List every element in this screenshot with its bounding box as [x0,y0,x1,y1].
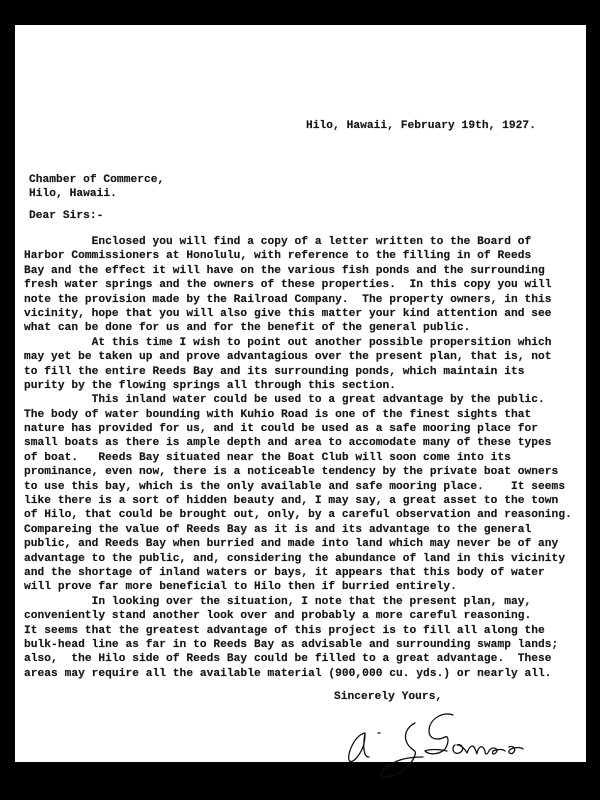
body-line: and the shortage of inland waters or bay… [24,566,572,580]
body-line: prominance, even now, there is a noticea… [24,465,572,479]
body-line: of Hilo, that could be brought out, only… [24,508,572,522]
body-line: Compareing the value of Reeds Bay as it … [24,523,572,537]
body-line: like there is a sort of hidden beauty an… [24,494,572,508]
body-line: purity by the flowing springs all throug… [24,379,572,393]
body-line: small boats as there is ample depth and … [24,436,572,450]
salutation: Dear Sirs:- [29,209,103,223]
recipient-line-2: Hilo, Hawaii. [29,188,117,200]
handwritten-signature: A. J. Gomes [325,705,555,780]
body-line: bulk-head line as far in to Reeds Bay as… [24,638,572,652]
body-line: to use this bay, which is the only avail… [24,480,572,494]
body-line: fresh water springs and the owners of th… [24,278,572,292]
body-line: public, and Reeds Bay when burried and m… [24,537,572,551]
body-line: This inland water could be used to a gre… [24,393,572,407]
body-line: note the provision made by the Railroad … [24,293,572,307]
body-line: At this time I wish to point out another… [24,336,572,350]
letter-page: Hilo, Hawaii, February 19th, 1927. Chamb… [15,25,586,762]
letter-body: Enclosed you will find a copy of a lette… [24,235,572,681]
body-line: In looking over the situation, I note th… [24,595,572,609]
closing: Sincerely Yours, [334,690,442,704]
body-line: may yet be taken up and prove advantagio… [24,350,572,364]
body-line: Enclosed you will find a copy of a lette… [24,235,572,249]
body-line: The body of water bounding with Kuhio Ro… [24,408,572,422]
body-line: of boat. Reeds Bay situated near the Boa… [24,451,572,465]
body-line: Bay and the effect it will have on the v… [24,264,572,278]
body-line: vicinity, hope that you will also give t… [24,307,572,321]
body-line: areas may require all the available mate… [24,667,572,681]
body-line: advantage to the public, and, considerin… [24,552,572,566]
body-line: to fill the entire Reeds Bay and its sur… [24,365,572,379]
letter-dateline: Hilo, Hawaii, February 19th, 1927. [306,119,536,133]
body-line: will prove far more beneficial to Hilo t… [24,580,572,594]
body-line: conveniently stand another look over and… [24,609,572,623]
body-line: what can be done for us and for the bene… [24,321,572,335]
recipient-line-1: Chamber of Commerce, [29,174,164,186]
recipient-address: Chamber of Commerce, Hilo, Hawaii. [29,173,164,202]
body-line: It seems that the greatest advantage of … [24,624,572,638]
body-line: also, the Hilo side of Reeds Bay could b… [24,652,572,666]
body-line: Harbor Commissioners at Honolulu, with r… [24,249,572,263]
body-line: nature has provided for us, and it could… [24,422,572,436]
